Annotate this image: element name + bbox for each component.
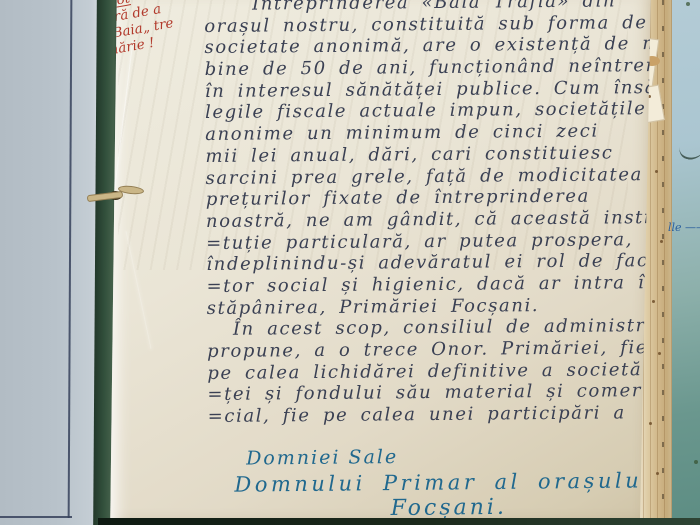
- background-curved-mark: [677, 133, 700, 162]
- table-edge-shadow: [98, 518, 700, 525]
- manuscript-line: =cial, fie pe calea unei participări a: [208, 402, 695, 428]
- paper-speckle: [658, 352, 661, 355]
- background-speck: [686, 2, 690, 6]
- sheet-vertical-margin-line: [68, 0, 73, 518]
- left-ruled-sheet: [0, 0, 101, 525]
- manuscript-line: sarcini prea grele, față de modicitatea: [206, 163, 693, 189]
- manuscript-line: =tor social și higienic, dacă ar intra î…: [206, 272, 693, 298]
- closing-line: Domnului Primar al orașului: [234, 467, 652, 497]
- paper-speckle: [649, 422, 652, 425]
- paper-speckle: [660, 240, 663, 243]
- handwritten-closing-text: Domniei SaleDomnului Primar al orașuluiF…: [204, 441, 653, 524]
- handwritten-body-text: Întreprinderea «Baia Trafia» dinorașul n…: [204, 0, 694, 428]
- paper-speckle: [656, 472, 659, 475]
- manuscript-page: toteră de aBaia„ tremărie ! Întreprinder…: [108, 0, 653, 525]
- blue-ink-mark: lle ———: [668, 221, 700, 234]
- binding-stitch-marks: [662, 0, 664, 525]
- manuscript-line: legile fiscale actuale impun, societățil…: [205, 98, 692, 124]
- paper-wrinkle: [126, 231, 152, 349]
- background-speck: [694, 460, 698, 464]
- sheet-bottom-margin-line: [0, 516, 72, 518]
- paper-speckle: [655, 170, 658, 173]
- paper-speckle: [652, 300, 655, 303]
- photographed-manuscript-scene: toteră de aBaia„ tremărie ! Întreprinder…: [0, 0, 700, 525]
